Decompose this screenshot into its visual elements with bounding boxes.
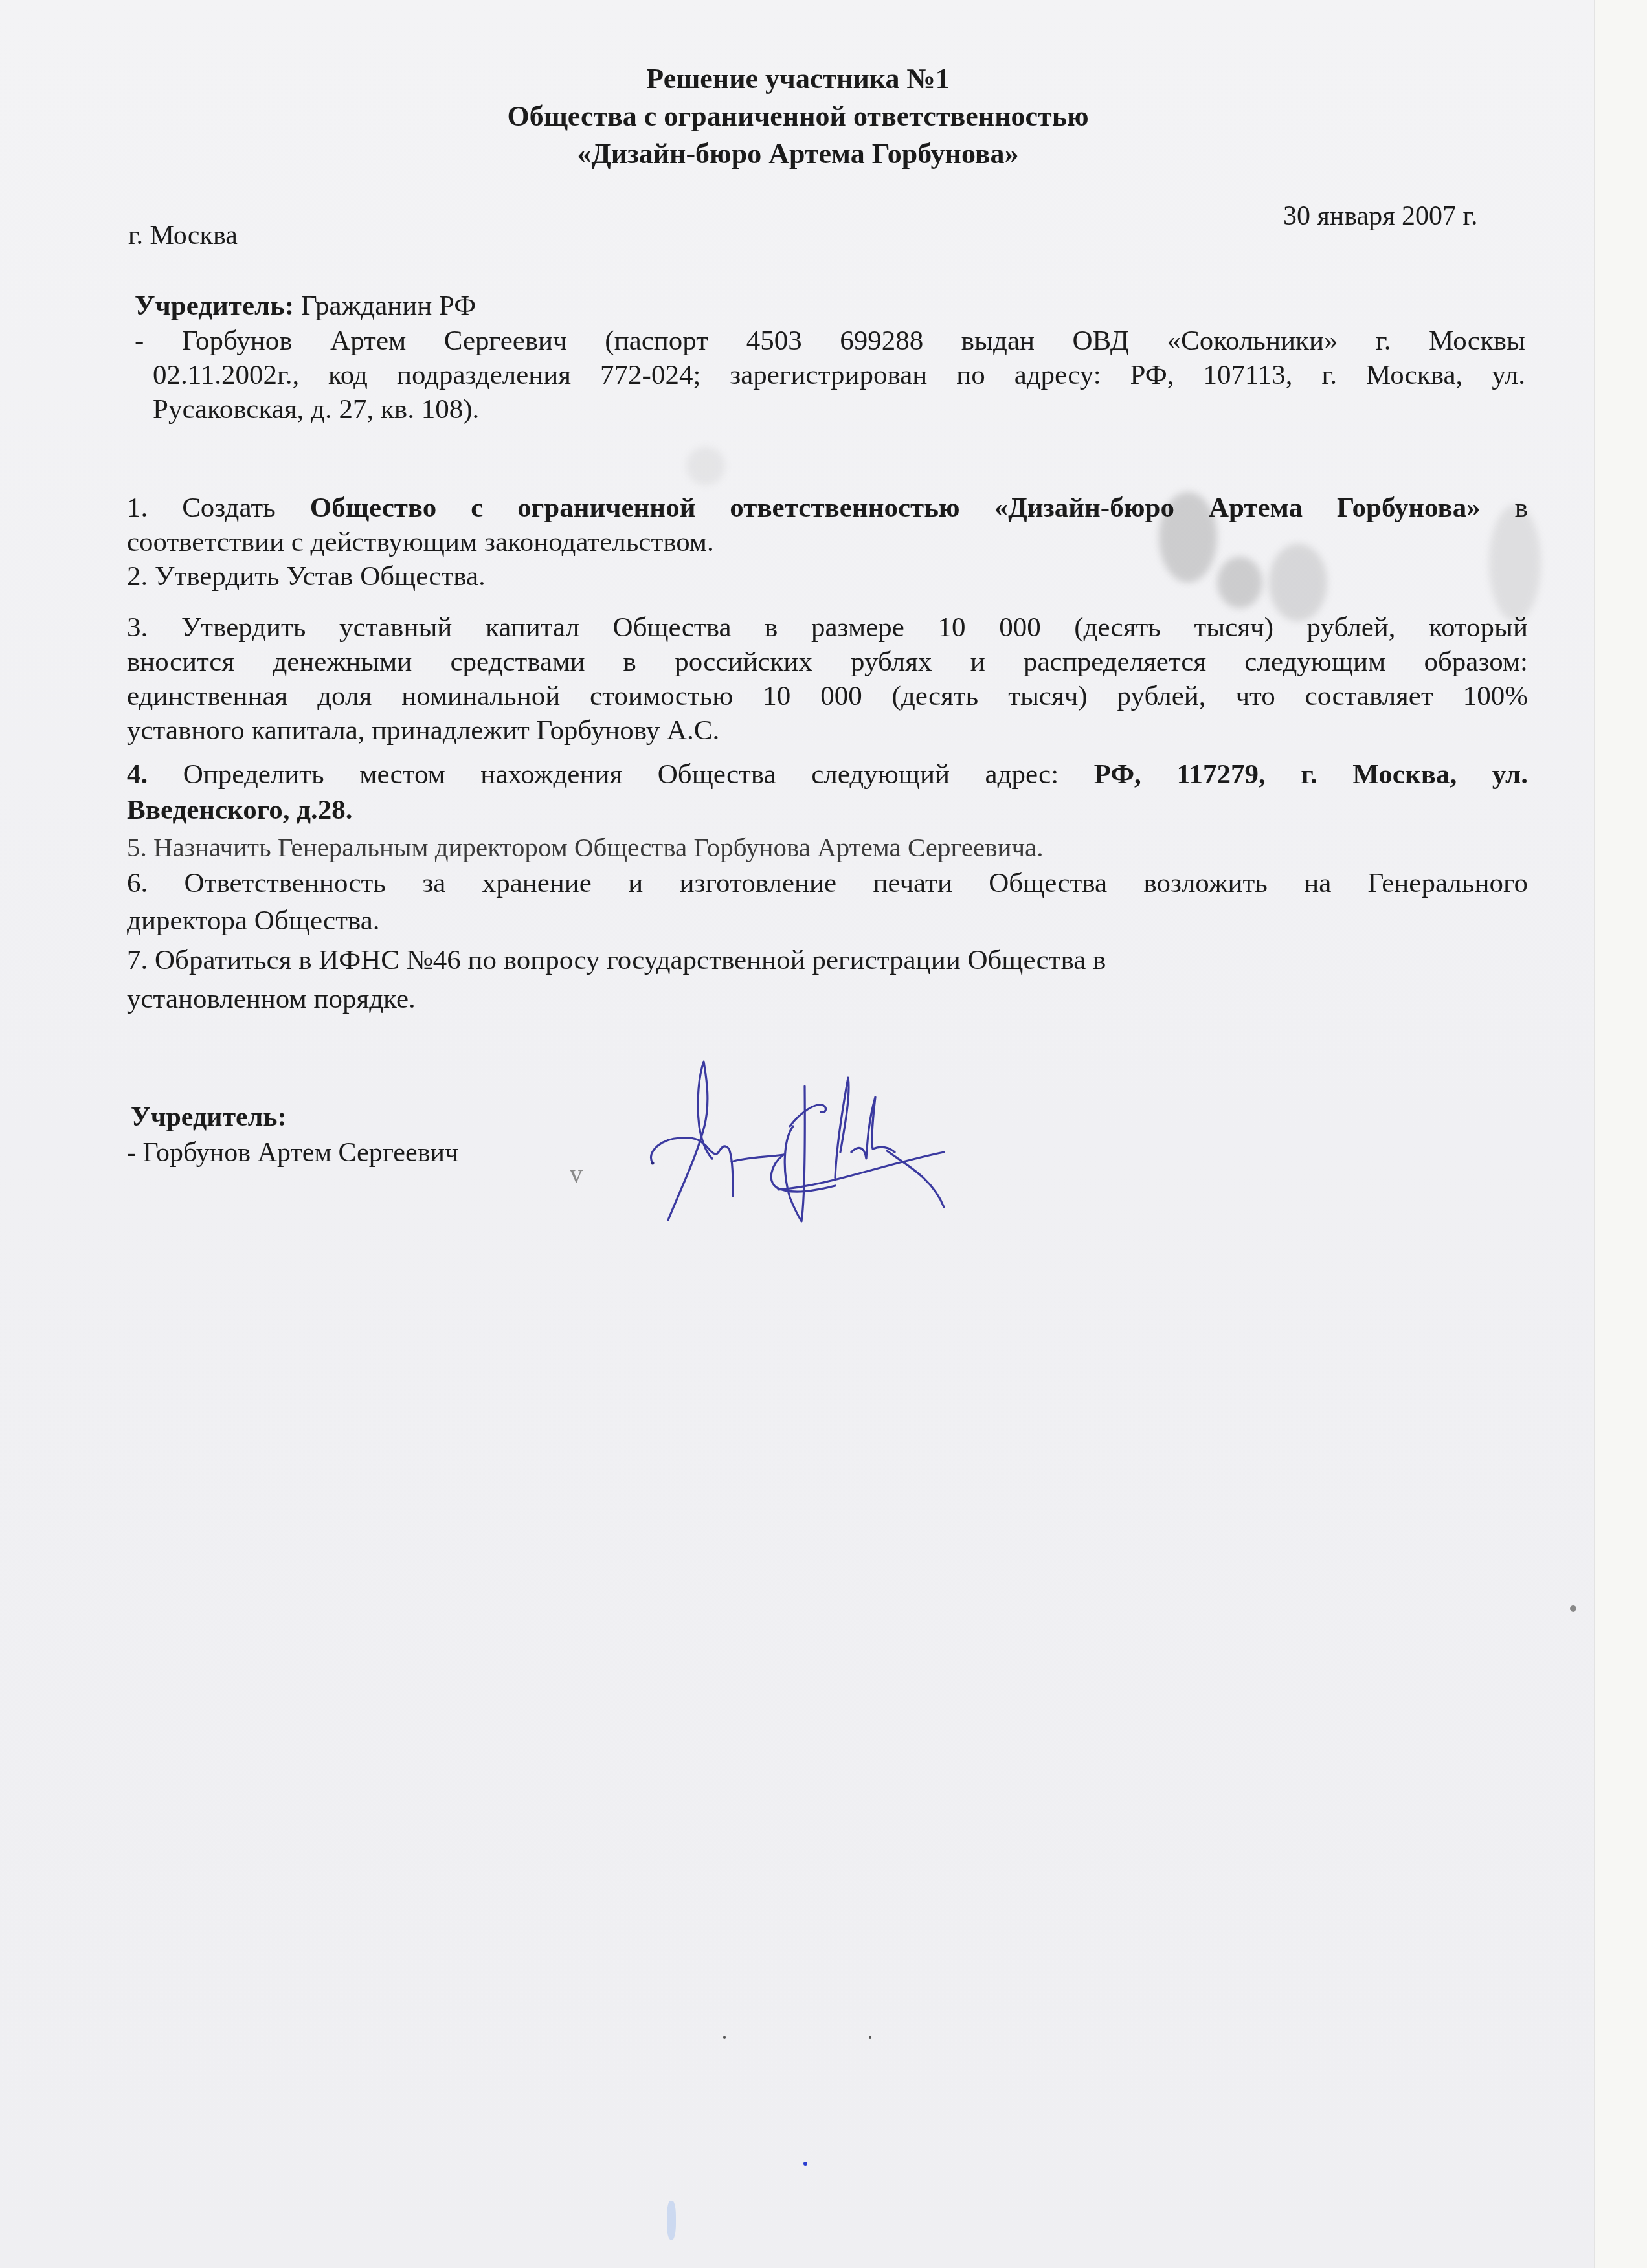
item-text: Ответственность за хранение и изготовлен… <box>148 868 1528 898</box>
item-number: 6. <box>127 868 148 898</box>
item-number: 5. <box>127 832 147 862</box>
paper-speck <box>1570 1605 1576 1612</box>
paper-speck <box>869 2036 871 2039</box>
resolution-item-7-line2: установленном порядке. <box>127 982 1528 1016</box>
address-bold: РФ, 117279, г. Москва, ул. <box>1094 759 1528 790</box>
item-text: в <box>1481 493 1528 523</box>
resolution-item-3: 3. Утвердить уставный капитал Общества в… <box>127 610 1528 645</box>
resolution-item-1-line2: соответствии с действующим законодательс… <box>127 525 1528 559</box>
resolution-item-7: 7. Обратиться в ИФНС №46 по вопросу госу… <box>127 943 1528 977</box>
document-title-line1: Решение участника №1 <box>0 61 1596 96</box>
founder-label: Учредитель: <box>135 291 294 321</box>
document-title-line3: «Дизайн-бюро Артема Горбунова» <box>0 137 1596 172</box>
founder-heading: Учредитель: Гражданин РФ <box>135 289 476 323</box>
resolution-item-4-line2: Введенского, д.28. <box>127 793 1528 827</box>
signature-founder-name: - Горбунов Артем Сергеевич <box>127 1136 458 1170</box>
resolution-item-6: 6. Ответственность за хранение и изготов… <box>127 866 1528 900</box>
resolution-item-3-line3: единственная доля номинальной стоимостью… <box>127 679 1528 713</box>
resolution-item-2: 2. Утвердить Устав Общества. <box>127 559 1528 594</box>
item-text: Создать <box>148 493 310 523</box>
resolution-item-4: 4. Определить местом нахождения Общества… <box>127 757 1528 792</box>
item-number: 4. <box>127 759 148 790</box>
resolution-item-6-line2: директора Общества. <box>127 904 1528 938</box>
resolution-item-5: 5. Назначить Генеральным директором Обще… <box>127 830 1528 865</box>
paper-stain <box>686 447 725 485</box>
item-number: 7. <box>127 945 148 975</box>
paper-mark <box>667 2201 676 2240</box>
handwritten-signature-icon <box>634 1049 958 1243</box>
item-text: Утвердить Устав Общества. <box>148 561 486 592</box>
item-text: Обратиться в ИФНС №46 по вопросу государ… <box>148 945 1106 975</box>
paper-speck <box>723 2036 726 2039</box>
document-date: 30 января 2007 г. <box>1283 201 1478 232</box>
founder-details-line3: Русаковская, д. 27, кв. 108). <box>153 392 479 427</box>
item-number: 2. <box>127 561 148 592</box>
item-number: 3. <box>127 612 148 643</box>
resolution-item-3-line4: уставного капитала, принадлежит Горбунов… <box>127 713 1528 748</box>
tick-mark: v <box>570 1159 583 1189</box>
address-bold: Введенского, д.28. <box>127 795 353 825</box>
scanned-page: Решение участника №1 Общества с ограниче… <box>0 0 1596 2268</box>
document-title-line2: Общества с ограниченной ответственностью <box>0 99 1596 134</box>
document-place: г. Москва <box>128 220 238 251</box>
item-text: Определить местом нахождения Общества сл… <box>148 759 1093 790</box>
scan-edge <box>1594 0 1647 2268</box>
signature-label-text: Учредитель: <box>131 1102 286 1132</box>
resolution-item-3-line2: вносится денежными средствами в российск… <box>127 645 1528 679</box>
item-number: 1. <box>127 493 148 523</box>
item-text: Назначить Генеральным директором Обществ… <box>147 832 1044 862</box>
paper-speck <box>803 2162 807 2166</box>
founder-type: Гражданин РФ <box>294 291 476 321</box>
resolution-item-1: 1. Создать Общество с ограниченной ответ… <box>127 491 1528 525</box>
founder-details-line1: - Горбунов Артем Сергеевич (паспорт 4503… <box>135 324 1525 358</box>
company-name-bold: Общество с ограниченной ответственностью… <box>310 493 1481 523</box>
item-text: Утвердить уставный капитал Общества в ра… <box>148 612 1528 643</box>
signature-founder-label: Учредитель: <box>131 1100 286 1135</box>
founder-details-line2: 02.11.2002г., код подразделения 772-024;… <box>153 358 1525 392</box>
